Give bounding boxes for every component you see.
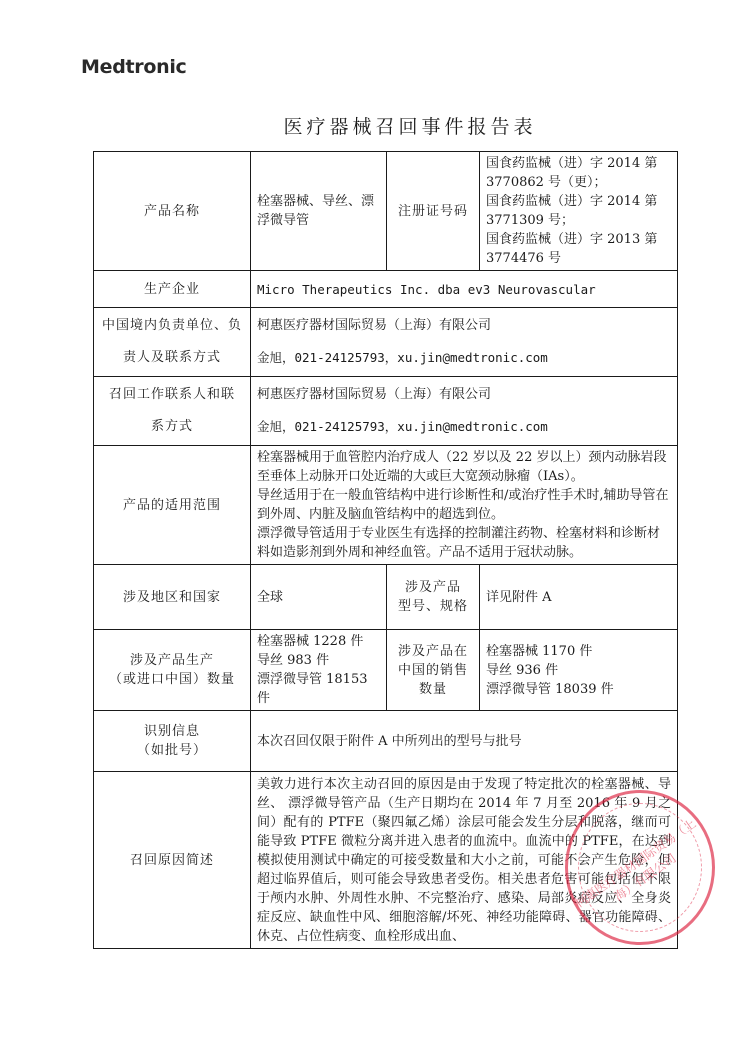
scope-value: 栓塞器械用于血管腔内治疗成人（22 岁以及 22 岁以上）颈内动脉岩段至垂体上动… xyxy=(251,446,678,565)
china-agent-value: 柯惠医疗器材国际贸易（上海）有限公司 金旭，021-24125793，xu.ji… xyxy=(251,308,678,377)
row-scope: 产品的适用范围 栓塞器械用于血管腔内治疗成人（22 岁以及 22 岁以上）颈内动… xyxy=(94,446,678,565)
document-title: 医疗器械召回事件报告表 xyxy=(0,112,750,139)
row-quantity: 涉及产品生产 （或进口中国）数量 栓塞器械 1228 件 导丝 983 件 漂浮… xyxy=(94,630,678,711)
manufacturer-value: Micro Therapeutics Inc. dba ev3 Neurovas… xyxy=(251,271,678,308)
reason-value: 美敦力进行本次主动召回的原因是由于发现了特定批次的栓塞器械、导丝、 漂浮微导管产… xyxy=(251,772,678,949)
registration-number-label: 注册证号码 xyxy=(387,152,480,271)
model-spec-label: 涉及产品 型号、规格 xyxy=(387,565,480,630)
row-manufacturer: 生产企业 Micro Therapeutics Inc. dba ev3 Neu… xyxy=(94,271,678,308)
product-name-value: 栓塞器械、导丝、漂浮微导管 xyxy=(251,152,387,271)
recall-contact-label: 召回工作联系人和联 系方式 xyxy=(94,377,251,446)
row-reason: 召回原因简述 美敦力进行本次主动召回的原因是由于发现了特定批次的栓塞器械、导丝、… xyxy=(94,772,678,949)
row-recall-contact: 召回工作联系人和联 系方式 柯惠医疗器材国际贸易（上海）有限公司 金旭，021-… xyxy=(94,377,678,446)
recall-contact-value: 柯惠医疗器材国际贸易（上海）有限公司 金旭，021-24125793，xu.ji… xyxy=(251,377,678,446)
region-value: 全球 xyxy=(251,565,387,630)
model-spec-value: 详见附件 A xyxy=(480,565,678,630)
identification-value: 本次召回仅限于附件 A 中所列出的型号与批号 xyxy=(251,711,678,772)
china-agent-label: 中国境内负责单位、负 责人及联系方式 xyxy=(94,308,251,377)
registration-number-value: 国食药监械（进）字 2014 第 3770862 号（更）； 国食药监械（进）字… xyxy=(480,152,678,271)
recall-contact-company: 柯惠医疗器材国际贸易（上海）有限公司 xyxy=(257,379,671,411)
row-china-agent: 中国境内负责单位、负 责人及联系方式 柯惠医疗器材国际贸易（上海）有限公司 金旭… xyxy=(94,308,678,377)
sold-in-china-value: 栓塞器械 1170 件 导丝 936 件 漂浮微导管 18039 件 xyxy=(480,630,678,711)
region-label: 涉及地区和国家 xyxy=(94,565,251,630)
row-identification: 识别信息 （如批号） 本次召回仅限于附件 A 中所列出的型号与批号 xyxy=(94,711,678,772)
medtronic-logo: Medtronic xyxy=(81,56,187,78)
produced-quantity-value: 栓塞器械 1228 件 导丝 983 件 漂浮微导管 18153 件 xyxy=(251,630,387,711)
row-product-name: 产品名称 栓塞器械、导丝、漂浮微导管 注册证号码 国食药监械（进）字 2014 … xyxy=(94,152,678,271)
scope-label: 产品的适用范围 xyxy=(94,446,251,565)
china-agent-company: 柯惠医疗器材国际贸易（上海）有限公司 xyxy=(257,310,671,342)
identification-label: 识别信息 （如批号） xyxy=(94,711,251,772)
product-name-label: 产品名称 xyxy=(94,152,251,271)
recall-contact-contact: 金旭，021-24125793，xu.jin@medtronic.com xyxy=(257,411,671,443)
row-region: 涉及地区和国家 全球 涉及产品 型号、规格 详见附件 A xyxy=(94,565,678,630)
recall-report-table: 产品名称 栓塞器械、导丝、漂浮微导管 注册证号码 国食药监械（进）字 2014 … xyxy=(93,151,678,949)
china-agent-contact: 金旭，021-24125793，xu.jin@medtronic.com xyxy=(257,342,671,374)
reason-label: 召回原因简述 xyxy=(94,772,251,949)
sold-in-china-label: 涉及产品在 中国的销售 数量 xyxy=(387,630,480,711)
manufacturer-label: 生产企业 xyxy=(94,271,251,308)
quantity-label: 涉及产品生产 （或进口中国）数量 xyxy=(94,630,251,711)
